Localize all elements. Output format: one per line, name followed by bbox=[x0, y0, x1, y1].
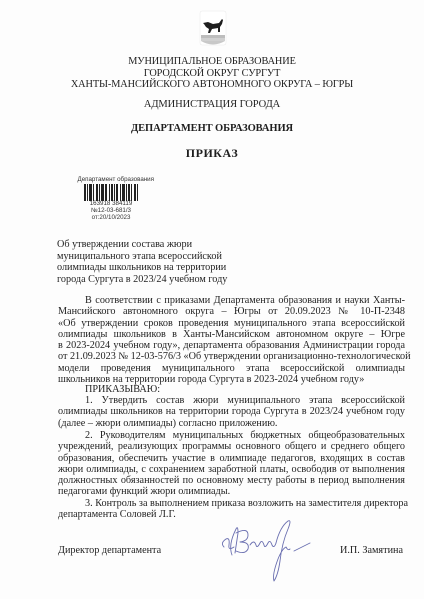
text-line: от 21.09.2023 № 12-03-576/3 «Об утвержде… bbox=[58, 351, 405, 362]
text-line: должностных обязанностей по основному ме… bbox=[58, 475, 405, 486]
barcode-number: 163918 384119 bbox=[78, 200, 144, 207]
header-line: ХАНТЫ-МАНСИЙСКОГО АВТОНОМНОГО ОКРУГА – Ю… bbox=[0, 79, 424, 91]
header-line: МУНИЦИПАЛЬНОЕ ОБРАЗОВАНИЕ bbox=[0, 56, 424, 68]
subject-line: города Сургута в 2023/24 учебном году bbox=[57, 274, 247, 286]
subject-line: муниципального этапа всероссийской bbox=[57, 251, 247, 263]
subject-line: Об утверждении состава жюри bbox=[57, 239, 247, 251]
document-type-title: ПРИКАЗ bbox=[0, 148, 424, 160]
registration-date: от:20/10/2023 bbox=[78, 214, 144, 221]
order-subject: Об утверждении состава жюри муниципально… bbox=[57, 239, 247, 286]
signatory-role: Директор департамента bbox=[58, 545, 161, 556]
text-line: «Об утверждении сроков проведения муници… bbox=[58, 318, 405, 329]
barcode-icon bbox=[84, 184, 138, 201]
administration-title: АДМИНИСТРАЦИЯ ГОРОДА bbox=[0, 99, 424, 111]
municipality-header: МУНИЦИПАЛЬНОЕ ОБРАЗОВАНИЕ ГОРОДСКОЙ ОКРУ… bbox=[0, 56, 424, 91]
text-line: (далее – жюри олимпиады) согласно прилож… bbox=[58, 418, 405, 429]
text-line: педагогами функций жюри олимпиады. bbox=[58, 486, 405, 497]
city-coat-of-arms-icon bbox=[199, 10, 227, 46]
order-item-2: 2. Руководителям муниципальных бюджетных… bbox=[58, 430, 405, 498]
signatory-name: И.П. Замятина bbox=[340, 545, 403, 556]
header-line: ГОРОДСКОЙ ОКРУГ СУРГУТ bbox=[0, 68, 424, 80]
preamble-paragraph: В соответствии с приказами Департамента … bbox=[58, 295, 405, 385]
order-directive: ПРИКАЗЫВАЮ: bbox=[85, 384, 160, 395]
text-line: модели проведения муниципального этапа в… bbox=[58, 363, 405, 374]
text-line: олимпиады школьников в Ханты-Мансийском … bbox=[58, 329, 405, 340]
text-line: олимпиады школьников на территории город… bbox=[58, 406, 405, 417]
order-item-1: 1. Утвердить состав жюри муниципального … bbox=[58, 395, 405, 429]
text-line: в 2023-2024 учебном году», департамента … bbox=[58, 340, 405, 351]
text-line: 1. Утвердить состав жюри муниципального … bbox=[58, 395, 405, 406]
text-line: Мансийского автономного округа – Югры от… bbox=[58, 306, 405, 317]
text-line: учреждений, реализующих программы основн… bbox=[58, 441, 405, 452]
subject-line: олимпиады школьников на территории bbox=[57, 262, 247, 274]
stamp-title: Департамент образования bbox=[70, 176, 154, 183]
text-line: В соответствии с приказами Департамента … bbox=[58, 295, 405, 306]
text-line: 3. Контроль за выполнением приказа возло… bbox=[58, 498, 405, 509]
document-page: МУНИЦИПАЛЬНОЕ ОБРАЗОВАНИЕ ГОРОДСКОЙ ОКРУ… bbox=[0, 0, 424, 599]
text-line: образования, обеспечить участие в олимпи… bbox=[58, 453, 405, 464]
text-line: 2. Руководителям муниципальных бюджетных… bbox=[58, 430, 405, 441]
text-line: жюри олимпиады, с сохранением заработной… bbox=[58, 464, 405, 475]
registration-number: №12-03-681/3 bbox=[78, 207, 144, 214]
department-title: ДЕПАРТАМЕНТ ОБРАЗОВАНИЯ bbox=[0, 123, 424, 135]
handwritten-signature-icon bbox=[218, 515, 318, 590]
registration-stamp: Департамент образования 163918 384119 №1… bbox=[70, 176, 154, 226]
